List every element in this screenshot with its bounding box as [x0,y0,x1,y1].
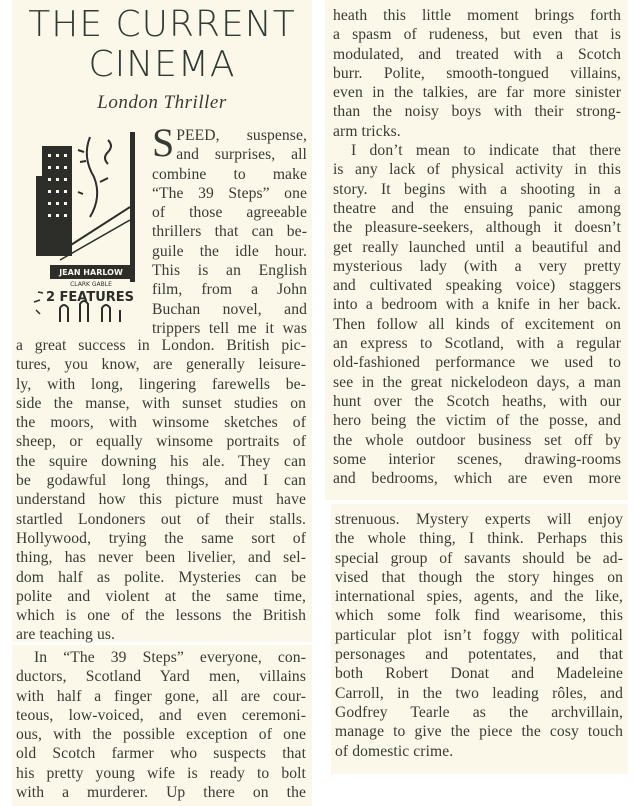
text-line: heath this little moment brings forth [333,6,621,25]
marquee-line3: 2 FEATURES [46,290,134,305]
text-line: ous, with the possible exception of one [16,725,306,744]
section-title-line2: CINEMA [12,45,312,85]
text-line: arm tricks. [333,122,621,141]
text-line: theatre and the ensuing panic among [333,199,621,218]
right-column-clipping-top: heath this little moment brings forth a … [325,0,628,500]
text-line: hero being the victim of the posse, and [333,411,621,430]
text-line: are teaching us. [16,625,306,644]
text-line: special group of savants should be ad- [335,549,623,568]
text-line: startled Londoners out of their stalls. [16,510,306,529]
opening-paragraph-continued: a great success in London. British pic- … [16,336,306,645]
text-line: thing, has never been livelier, and sel- [16,548,306,567]
text-line: polite and violent at the same time, [16,587,306,606]
text-line: film, from a John [152,280,307,299]
text-line: Godfrey Tearle as the archvillain, [335,703,623,722]
left-column-clipping-top: THE CURRENT CINEMA London Thriller JEAN … [12,0,312,642]
text-line: old-fashioned performance we used to [333,353,621,372]
text-line: get really launched until a beautiful an… [333,238,621,257]
text-line: particular plot isn’t foggy with politic… [335,626,623,645]
text-line: This is an English [152,261,307,280]
text-line: even in the talkies, are far more sinist… [333,83,621,102]
marquee-line2: CLARK GABLE [70,281,112,288]
text-line: of those agreeable [152,203,307,222]
article-subtitle: London Thriller [12,92,312,114]
text-line: teous, low-voiced, and even ceremoni- [16,706,306,725]
text-line: Carroll, in the two leading rôles, and [335,684,623,703]
text-line: with half a finger gone, all are cour- [16,687,306,706]
text-line: burr. Polite, smooth-tongued villains, [333,64,621,83]
text-line: ductors, Scotland Yard men, villains [16,667,306,686]
text-line: Hollywood, trying the same sort of [16,529,306,548]
marquee-line1: JEAN HARLOW [58,268,123,277]
text-line: story. It begins with a shooting in a [333,180,621,199]
text-line: I don’t mean to indicate that there [333,141,621,160]
text-line: modulated, and treated with a Scotch [333,45,621,64]
cinema-marquee-illustration: JEAN HARLOW CLARK GABLE 2 FEATURES [30,132,138,322]
text-line: dom half as polite. Mysteries can be [16,568,306,587]
right-column-text-bottom: strenuous. Mystery experts will enjoy th… [335,510,623,761]
text-line: which is one of the lessons the British [16,606,306,625]
text-line: In “The 39 Steps” everyone, con- [16,648,306,667]
text-line: and cultivated speaking voice) staggers [333,276,621,295]
text-line: the whole thing, I think. Perhaps this [335,529,623,548]
text-line: old Scotch farmer who suspects that [16,744,306,763]
text-line: some interior scenes, drawing-rooms [333,450,621,469]
text-line: thrillers that can be- [152,222,307,241]
text-line: combine to make [152,165,307,184]
second-paragraph: In “The 39 Steps” everyone, con- ductors… [16,648,306,802]
text-line: “The 39 Steps” one [152,184,307,203]
right-column-clipping-bottom: strenuous. Mystery experts will enjoy th… [331,504,628,774]
text-line: a great success in London. British pic- [16,336,306,355]
text-line: which some folk find wearisome, this [335,606,623,625]
text-line: PEED, suspense, [152,126,307,145]
text-line: sheep, or equally winsome portraits of [16,432,306,451]
text-line: hunt over the Scotch heaths, with our [333,392,621,411]
text-line: mysterious lady (with a very pretty [333,257,621,276]
text-line: and surprises, all [152,145,307,164]
text-line: tures, you know, are generally leisure- [16,355,306,374]
right-column-text-top: heath this little moment brings forth a … [333,6,621,488]
text-line: is any lack of physical activity in this [333,160,621,179]
text-line: the moors, with winsome sketches of [16,413,306,432]
drop-cap: S [152,127,174,159]
text-line: personages and potentates, and that [335,645,623,664]
text-line: ly, with long, lingering farewells be- [16,375,306,394]
text-line: see in the great nickelodeon days, a man [333,373,621,392]
text-line: side the manse, with sunset studies on [16,394,306,413]
text-line: strenuous. Mystery experts will enjoy [335,510,623,529]
left-column-clipping-bottom: In “The 39 Steps” everyone, con- ductors… [12,645,312,806]
text-line: with a murderer. Up there on the [16,783,306,802]
text-line: into a bedroom with a knife in her back. [333,295,621,314]
text-line: Then follow all kinds of excitement on [333,315,621,334]
opening-paragraph-wrapped: S PEED, suspense, and surprises, all com… [152,126,307,338]
text-line: both Robert Donat and Madeleine [335,664,623,683]
text-line: and bedrooms, which are even more [333,469,621,488]
text-line: manage to give the piece the cosy touch [335,722,623,741]
text-line: the whole outdoor business set off by [333,431,621,450]
text-line: of domestic crime. [335,742,623,761]
text-line: vised that though the story hinges on [335,568,623,587]
text-line: the squire downing his ale. They can [16,452,306,471]
text-line: Buchan novel, and [152,300,307,319]
section-title-line1: THE CURRENT [12,5,312,45]
text-line: his pretty young wife is ready to bolt [16,764,306,783]
text-line: than the noisy boys with their strong- [333,102,621,121]
text-line: understand how this picture must have [16,490,306,509]
text-line: international spies, agents, and the lik… [335,587,623,606]
text-line: guile the idle hour. [152,242,307,261]
text-line: be godawful long things, and I can [16,471,306,490]
text-line: a spasm of rudeness, but even that is [333,25,621,44]
text-line: the pleasure-seekers, although it doesn’… [333,218,621,237]
text-line: an express to Scotland, with a regular [333,334,621,353]
